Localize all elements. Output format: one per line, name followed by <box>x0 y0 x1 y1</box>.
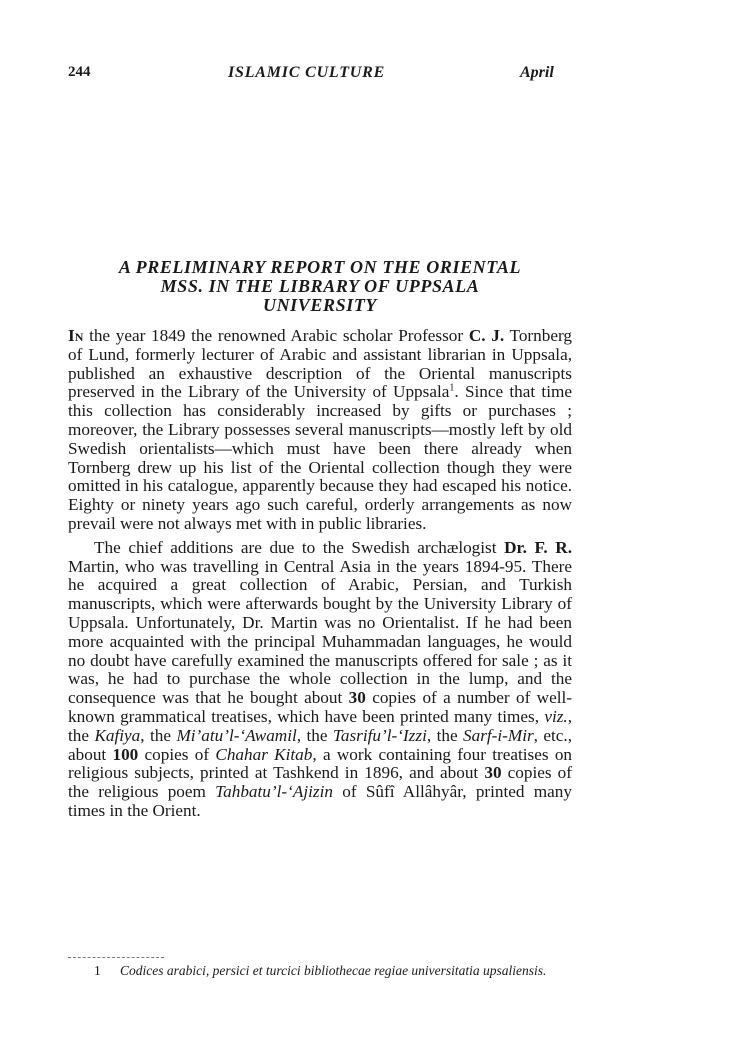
article-title: A PRELIMINARY REPORT ON THE ORIENTAL MSS… <box>68 258 572 315</box>
footnote-number: 1 <box>94 963 120 979</box>
journal-title: ISLAMIC CULTURE <box>228 64 385 82</box>
work-title: Mi’atu’l-‘Awamil <box>176 726 296 745</box>
work-title: Tasrifu’l-‘Izzi <box>333 726 427 745</box>
running-head: 244 ISLAMIC CULTURE April <box>0 64 740 88</box>
footnote-text: Codices arabici, persici et turcici bibl… <box>120 963 546 978</box>
work-title: Tahbatu’l-‘Ajizin <box>215 782 333 801</box>
paragraph-1: In the year 1849 the renowned Arabic sch… <box>68 327 572 534</box>
footnote-divider <box>68 957 164 958</box>
work-title: Sarf-i-Mir <box>463 726 534 745</box>
article-title-line-3: UNIVERSITY <box>68 296 572 315</box>
paragraph-2: The chief additions are due to the Swedi… <box>68 539 572 821</box>
work-title: Kafiya <box>94 726 140 745</box>
footnote: 1Codices arabici, persici et turcici bib… <box>68 963 572 979</box>
opening-word: In <box>68 326 83 345</box>
article-body: In the year 1849 the renowned Arabic sch… <box>68 327 572 821</box>
article-title-line-1: A PRELIMINARY REPORT ON THE ORIENTAL <box>68 258 572 277</box>
issue-month: April <box>520 64 554 82</box>
page-number: 244 <box>68 64 91 81</box>
article-title-line-2: MSS. IN THE LIBRARY OF UPPSALA <box>68 277 572 296</box>
work-title: Chahar Kitab <box>215 745 312 764</box>
